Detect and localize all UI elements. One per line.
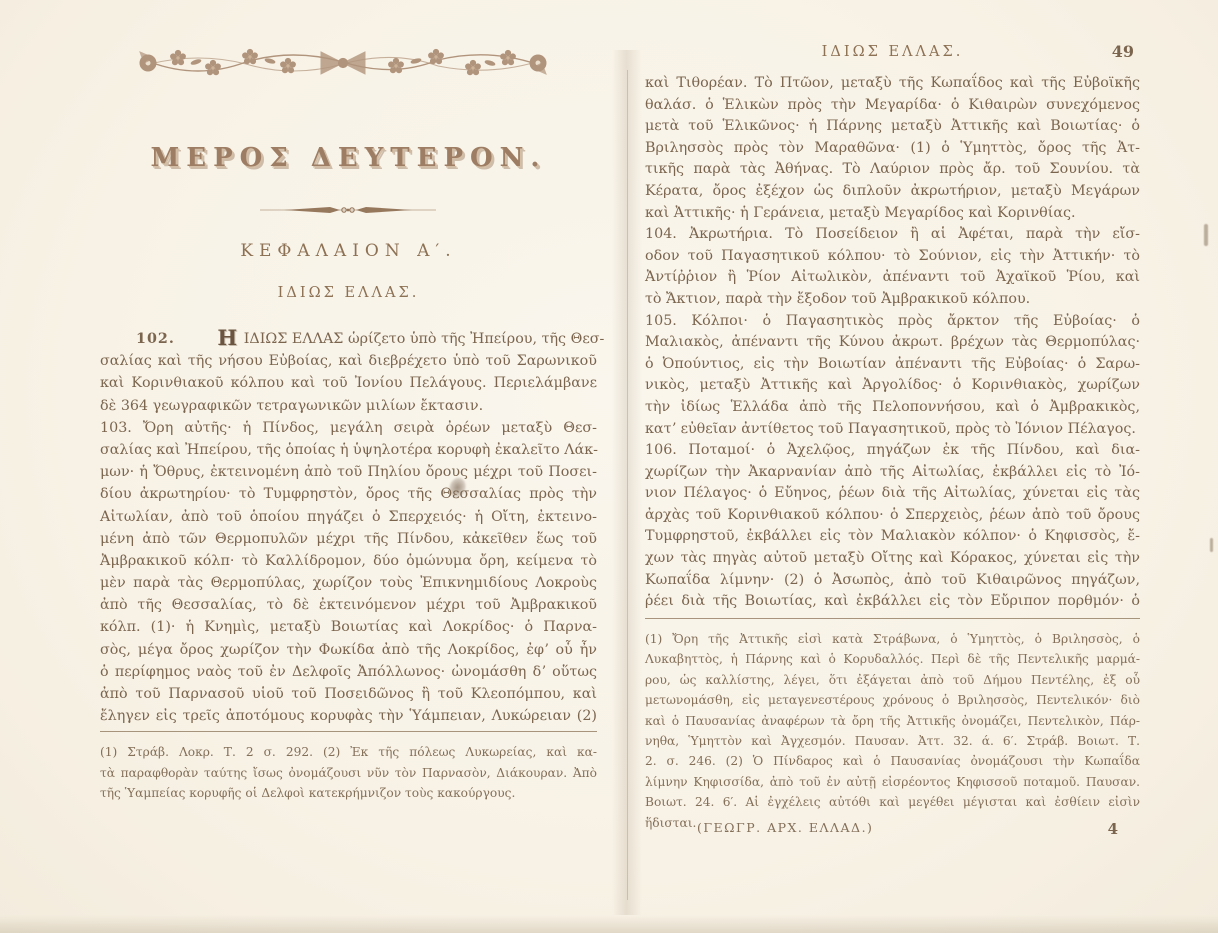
- signature-number: 4: [1108, 820, 1118, 838]
- text-line: καὶ Τιθορέαν. Τὸ Πτῶον, μεταξὺ τῆς Κωπαΐ…: [645, 73, 1140, 95]
- text-line: ῥέει διὰ τῆς Βοιωτίας, καὶ ἐκβάλλει εἰς …: [645, 591, 1140, 613]
- footnote-line: τῆς Ὑαμπείας κορυφῆς οἱ Δελφοὶ κατεκρήμν…: [100, 783, 597, 804]
- footnote-line: τὰ παραφθορὰν ταύτης ἴσως ὀνομάζουσι νῦν…: [100, 763, 597, 784]
- left-page-body: 102. Η ΙΔΙΩΣ ΕΛΛΑΣ ὡρίζετο ὑπὸ τῆς Ἠπείρ…: [100, 328, 597, 727]
- text-line: χωρίζων τὴν Ἀκαρνανίαν ἀπὸ τῆς Αἰτωλίας,…: [645, 462, 1140, 484]
- right-page-footer: (ΓΕΩΓΡ. ΑΡΧ. ΕΛΛΑΔ.) 4: [645, 820, 1140, 842]
- text-line: τικῆς παρὰ τὰς Ἀθήνας. Τὸ Λαύριον πρὸς ἄ…: [645, 159, 1140, 181]
- right-page-body: καὶ Τιθορέαν. Τὸ Πτῶον, μεταξὺ τῆς Κωπαΐ…: [645, 73, 1140, 613]
- footnote-line: (1) Ὄρη τῆς Ἀττικῆς εἰσὶ κατὰ Στράβωνα, …: [645, 629, 1140, 649]
- text-line: ἀπὸ τοῦ Παρνασοῦ υἱοῦ τοῦ Ποσειδῶνος ἢ τ…: [100, 683, 597, 705]
- footnote-line: (1) Στράβ. Λοκρ. Τ. 2 σ. 292. (2) Ἐκ τῆς…: [100, 742, 597, 763]
- right-page-footnotes: (1) Ὄρη τῆς Ἀττικῆς εἰσὶ κατὰ Στράβωνα, …: [645, 629, 1140, 833]
- text-line: χων τὰς πηγὰς αὐτοῦ μεταξὺ Οἴτης καὶ Κόρ…: [645, 548, 1140, 570]
- text-line: κατʼ εὐθεῖαν ἀντίθετος τοῦ Παγασητικοῦ, …: [645, 419, 1140, 441]
- book-spread-scan: ΜΕΡΟΣ ΔΕΥΤΕΡΟΝ. ΚΕΦΑΛΑΙΟΝ Α′. ΙΔΙΩΣ ΕΛΛΑ…: [0, 0, 1218, 933]
- ornate-initial: Η: [179, 329, 239, 347]
- text-line: μετὰ τοῦ Ἑλικῶνος· ἡ Πάρνης μεταξὺ Ἀττικ…: [645, 116, 1140, 138]
- text-line: καὶ Κορινθιακοῦ κόλπου καὶ τοῦ Ἰονίου Πε…: [100, 372, 597, 394]
- divider-ornament: [258, 203, 438, 217]
- footnote-line: λίμνην Κηφισσίδα, ἀπὸ τοῦ ἐν αὐτῇ εἰσρέο…: [645, 772, 1140, 792]
- footnote-rule-left: [100, 731, 597, 732]
- text-line: Κέρατα, ὄρος ἐξέχον ὡς διπλοῦν ἀκρωτήριο…: [645, 181, 1140, 203]
- bottom-edge-shadow: [0, 915, 1218, 933]
- footnote-line: μετωνομάσθη, εἰς μεταγενεστέρους χρόνους…: [645, 690, 1140, 710]
- text-line: τὸ Ἄκτιον, παρὰ τὴν ἔξοδον τοῦ Ἀμβρακικο…: [645, 289, 1140, 311]
- text-line: σαλίας καὶ Ἠπείρου, τῆς ὁποίας ἡ ὑψηλοτέ…: [100, 439, 597, 461]
- text-line: Μαλιακὸς, ἀπέναντι τῆς Κύνου ἀκρωτ. βρέχ…: [645, 332, 1140, 354]
- chapter-title: ΚΕΦΑΛΑΙΟΝ Α′.: [100, 241, 597, 261]
- floral-garland-ornament: [138, 44, 548, 84]
- paragraph-102-first-line: 102. Η ΙΔΙΩΣ ΕΛΛΑΣ ὡρίζετο ὑπὸ τῆς Ἠπείρ…: [100, 328, 597, 350]
- signature-label: (ΓΕΩΓΡ. ΑΡΧ. ΕΛΛΑΔ.): [697, 820, 873, 835]
- page-gutter-line: [627, 70, 628, 900]
- text-line: κόλπ. (1)· ἡ Κνημὶς, μεταξὺ Βοιωτίας καὶ…: [100, 616, 597, 638]
- text-line: δὲ 364 γεωγραφικῶν τετραγωνικῶν μιλίων ἔ…: [100, 395, 597, 417]
- text-line: ὁ Ὀπούντιος, εἰς τὴν Βοιωτίαν ἀπέναντι τ…: [645, 354, 1140, 376]
- text-line: σαλίας καὶ τῆς νήσου Εὐβοίας, καὶ διεβρέ…: [100, 350, 597, 372]
- text-line: μὲν παρὰ τὰς Θερμοπύλας, χωρίζον τοὺς Ἐπ…: [100, 572, 597, 594]
- text-line: μένη ἀπὸ τῶν Θερμοπυλῶν μέχρι τῆς Πίνδου…: [100, 528, 597, 550]
- footnote-line: ρου, ὡς καλλίστης, λέγει, ὅτι ἐξάγεται ἀ…: [645, 670, 1140, 690]
- footnote-line: Λυκαβηττὸς, ἡ Πάρνης καὶ ὁ Κορυδαλλός. Π…: [645, 649, 1140, 669]
- text-line: δίου ἀκρωτηρίου· τὸ Τυμφρηστὸν, ὄρος τῆς…: [100, 483, 597, 505]
- scan-edge-mark: [1204, 224, 1208, 246]
- first-line-text: ΙΔΙΩΣ ΕΛΛΑΣ ὡρίζετο ὑπὸ τῆς Ἠπείρου, τῆς…: [244, 331, 605, 347]
- text-line: ἀπὸ τῆς Θεσσαλίας, τὸ δὲ ἐκτεινόμενον μέ…: [100, 594, 597, 616]
- text-line: 105. Κόλποι· ὁ Παγασητικὸς πρὸς ἄρκτον τ…: [645, 311, 1140, 333]
- text-line: τὴν ἰδίως Ἑλλάδα ἀπὸ τῆς Πελοποννήσου, κ…: [645, 397, 1140, 419]
- scan-edge-mark: [1210, 538, 1213, 552]
- left-page-footnotes: (1) Στράβ. Λοκρ. Τ. 2 σ. 292. (2) Ἐκ τῆς…: [100, 742, 597, 804]
- text-line: ὁ περίφημος ναὸς τοῦ ἐν Δελφοῖς Ἀπόλλωνο…: [100, 661, 597, 683]
- footnote-line: 2. σ. 246. (2) Ὁ Πίνδαρος καὶ ὁ Παυσανία…: [645, 751, 1140, 771]
- page-number: 49: [1112, 42, 1134, 61]
- part-title: ΜΕΡΟΣ ΔΕΥΤΕΡΟΝ.: [100, 143, 597, 173]
- text-line: Κωπαΐδα λίμνην· (2) ὁ Ἀσωπὸς, ἀπὸ τοῦ Κι…: [645, 570, 1140, 592]
- text-line: 106. Ποταμοί· ὁ Ἀχελῷος, πηγάζων ἐκ τῆς …: [645, 440, 1140, 462]
- text-line: σὸς, μέγα ὄρος χωρίζον τὴν Φωκίδα ἀπὸ τῆ…: [100, 639, 597, 661]
- text-line: ἔληγεν εἰς τρεῖς ἀποτόμους κορυφὰς τὴν Ὑ…: [100, 705, 597, 727]
- footnote-line: Βοιωτ. 24. 6′. Αἱ ἐγχέλεις αὐτόθι καὶ με…: [645, 792, 1140, 812]
- footnote-line: νηθα, Ὑμηττὸν καὶ Ἀγχεσμόν. Παυσαν. Ἀττ.…: [645, 731, 1140, 751]
- footnote-rule-right: [645, 618, 1140, 619]
- text-line: Τυμφρηστοῦ, ἐκβάλλει εἰς τὸν Μαλιακὸν κό…: [645, 526, 1140, 548]
- left-body-lines: σαλίας καὶ τῆς νήσου Εὐβοίας, καὶ διεβρέ…: [100, 350, 597, 727]
- right-page-header: ΙΔΙΩΣ ΕΛΛΑΣ. 49: [645, 44, 1140, 66]
- footnote-line: καὶ ὁ Παυσανίας ἀναφέρων τὰ ὄρη τῆς Ἀττι…: [645, 711, 1140, 731]
- text-line: οδον τοῦ Παγασητικοῦ κόλπου· τὸ Σούνιον,…: [645, 246, 1140, 268]
- text-line: θαλάσ. ὁ Ἑλικὼν πρὸς τὴν Μεγαρίδα· ὁ Κιθ…: [645, 95, 1140, 117]
- paragraph-number: 102.: [136, 331, 175, 347]
- text-line: Βριλησσὸς πρὸς τὸν Μαραθῶνα· (1) ὁ Ὑμηττ…: [645, 138, 1140, 160]
- text-line: νιον Πέλαγος· ὁ Εὔηνος, ῥέων διὰ τῆς Αἰτ…: [645, 483, 1140, 505]
- text-line: 103. Ὄρη αὐτῆς· ἡ Πίνδος, μεγάλη σειρὰ ὀ…: [100, 417, 597, 439]
- text-line: ἀρχὰς τοῦ Κορινθιακοῦ κόλπου· ὁ Σπερχειὸ…: [645, 505, 1140, 527]
- section-title-left: ΙΔΙΩΣ ΕΛΛΑΣ.: [100, 285, 597, 301]
- text-line: 104. Ἀκρωτήρια. Τὸ Ποσείδειον ἢ αἱ Ἀφέτα…: [645, 224, 1140, 246]
- text-line: μων· ἡ Ὄθρυς, ἐκτεινομένη ἀπὸ τοῦ Πηλίου…: [100, 461, 597, 483]
- text-line: Αἰτωλίαν, ἀπὸ τοῦ ὁποίου πηγάζει ὁ Σπερχ…: [100, 506, 597, 528]
- text-line: νικὸς, μεταξὺ Ἀττικῆς καὶ Ἀργολίδος· ὁ Κ…: [645, 375, 1140, 397]
- text-line: καὶ Ἀττικῆς· ἡ Γεράνεια, μεταξὺ Μεγαρίδο…: [645, 203, 1140, 225]
- running-head: ΙΔΙΩΣ ΕΛΛΑΣ.: [645, 44, 1140, 60]
- text-line: Ἀντίῤῥιον ἢ Ῥίον Αἰτωλικὸν, ἀπέναντι τοῦ…: [645, 267, 1140, 289]
- text-line: Ἀμβρακικοῦ κόλπ· τὸ Καλλίδρομον, δύο ὁμώ…: [100, 550, 597, 572]
